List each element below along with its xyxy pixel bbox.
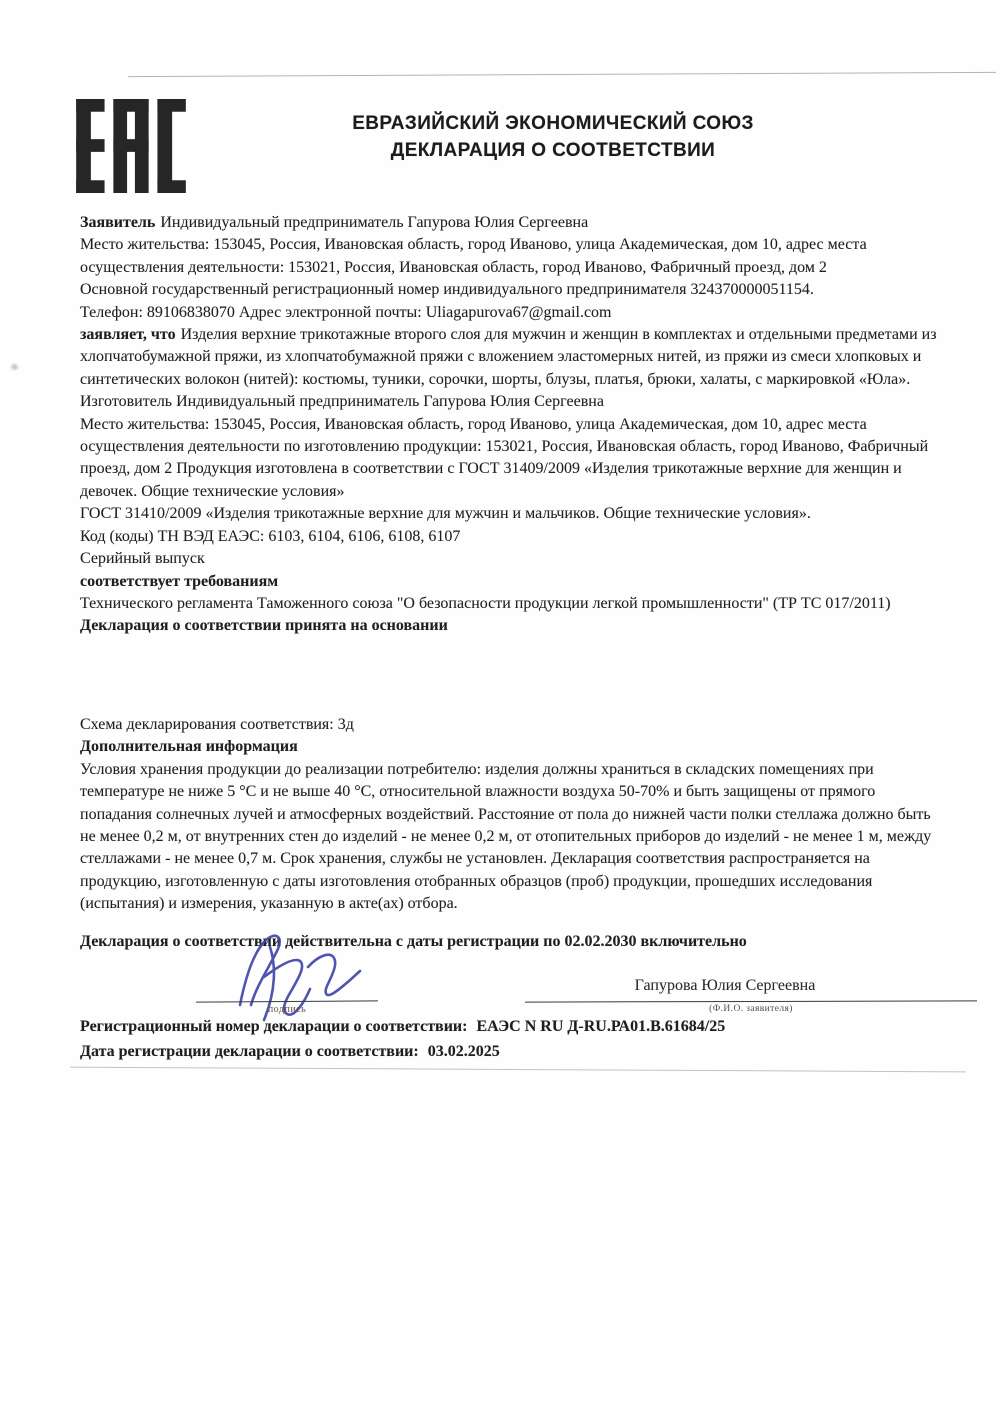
- title-line-declaration: ДЕКЛАРАЦИЯ О СООТВЕТСТВИИ: [173, 137, 933, 164]
- declares-paragraph: заявляет, чтоИзделия верхние трикотажные…: [80, 324, 940, 391]
- complies-label: соответствует требованиям: [80, 571, 940, 593]
- registration-date-value: 03.02.2025: [428, 1043, 500, 1060]
- applicant-name: Индивидуальный предприниматель Гапурова …: [160, 214, 588, 231]
- manufacturer-paragraph: Изготовитель Индивидуальный предпринимат…: [80, 391, 940, 413]
- declares-label: заявляет, что: [80, 326, 176, 343]
- basis-label: Декларация о соответствии принята на осн…: [80, 615, 940, 637]
- applicant-ogrn: Основной государственный регистрационный…: [80, 279, 940, 301]
- document-title: ЕВРАЗИЙСКИЙ ЭКОНОМИЧЕСКИЙ СОЮЗ ДЕКЛАРАЦИ…: [173, 110, 933, 164]
- registration-date-line: Дата регистрации декларации о соответств…: [80, 1040, 960, 1065]
- fio-line: [525, 1000, 977, 1002]
- signature-caption: подпись: [196, 1004, 378, 1015]
- additional-info-text: Условия хранения продукции до реализации…: [80, 759, 940, 916]
- eac-mark-icon: [76, 99, 186, 193]
- scan-line-bottom: [70, 1067, 966, 1073]
- registration-block: Регистрационный номер декларации о соотв…: [80, 1015, 960, 1064]
- gost-31410: ГОСТ 31410/2009 «Изделия трикотажные вер…: [80, 503, 940, 525]
- applicant-address: Место жительства: 153045, Россия, Иванов…: [80, 234, 940, 279]
- title-line-union: ЕВРАЗИЙСКИЙ ЭКОНОМИЧЕСКИЙ СОЮЗ: [173, 110, 933, 137]
- eac-logo: [76, 99, 186, 193]
- registration-number-line: Регистрационный номер декларации о соотв…: [80, 1015, 960, 1040]
- scan-line-top: [128, 72, 996, 77]
- declares-text: Изделия верхние трикотажные второго слоя…: [80, 326, 937, 388]
- registration-date-label: Дата регистрации декларации о соответств…: [80, 1043, 419, 1060]
- applicant-fio-name: Гапурова Юлия Сергеевна: [525, 977, 925, 995]
- fio-caption: (Ф.И.О. заявителя): [525, 1004, 977, 1014]
- complies-text: Технического регламента Таможенного союз…: [80, 593, 940, 615]
- registration-number-label: Регистрационный номер декларации о соотв…: [80, 1018, 467, 1035]
- additional-info-section: Схема декларирования соответствия: 3д До…: [80, 714, 940, 916]
- applicant-paragraph: ЗаявительИндивидуальный предприниматель …: [80, 212, 940, 234]
- declaration-body: ЗаявительИндивидуальный предприниматель …: [80, 212, 940, 638]
- registration-number-value: ЕАЭС N RU Д-RU.РА01.В.61684/25: [476, 1018, 725, 1035]
- scheme-line: Схема декларирования соответствия: 3д: [80, 714, 940, 736]
- manufacturer-address: Место жительства: 153045, Россия, Иванов…: [80, 414, 940, 504]
- additional-info-label: Дополнительная информация: [80, 736, 940, 758]
- applicant-label: Заявитель: [80, 214, 155, 231]
- serial-release: Серийный выпуск: [80, 548, 940, 570]
- tnved-codes: Код (коды) ТН ВЭД ЕАЭС: 6103, 6104, 6106…: [80, 526, 940, 548]
- validity-line: Декларация о соответствии действительна …: [80, 931, 940, 953]
- declaration-document: ЕВРАЗИЙСКИЙ ЭКОНОМИЧЕСКИЙ СОЮЗ ДЕКЛАРАЦИ…: [0, 0, 1000, 1415]
- applicant-contacts: Телефон: 89106838070 Адрес электронной п…: [80, 302, 940, 324]
- scan-dot-artifact: [11, 364, 18, 370]
